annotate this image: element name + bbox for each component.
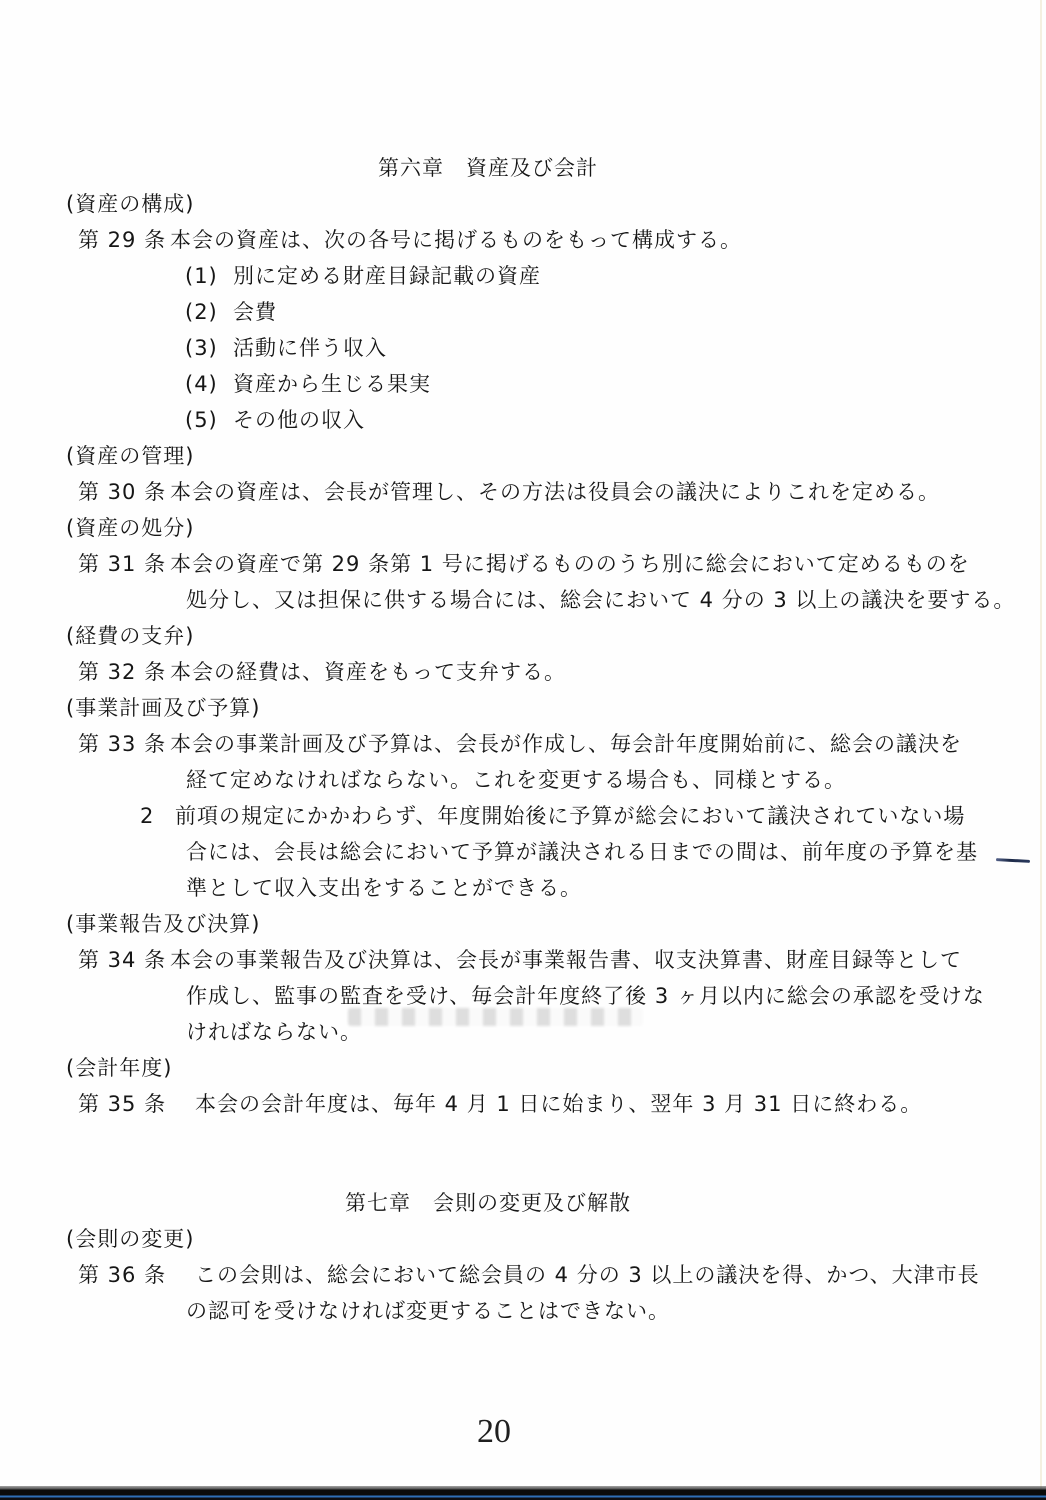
item-2-text: 会費 [233,300,277,324]
article-30: 第 30 条本会の資産は、会長が管理し、その方法は役員会の議決によりこれを定める… [0,474,1046,510]
article-32-number: 第 32 条 [78,654,170,690]
article-36-line-2: の認可を受けなければ変更することはできない。 [0,1293,1046,1329]
item-5-text: その他の収入 [233,408,365,432]
article-29-item-4: (4)資産から生じる果実 [0,366,1046,402]
item-5-marker: (5) [185,402,233,438]
article-33-body-line-1: 本会の事業計画及び予算は、会長が作成し、毎会計年度開始前に、総会の議決を [170,732,962,756]
page-number: 20 [0,1413,988,1451]
article-34-line-1: 第 34 条本会の事業報告及び決算は、会長が事業報告書、収支決算書、財産目録等と… [0,942,1046,978]
document-body: 第六章 資産及び会計 (資産の構成) 第 29 条本会の資産は、次の各号に掲げる… [0,0,1046,1329]
article-29-item-5: (5)その他の収入 [0,402,1046,438]
article-33-line-2: 経て定めなければならない。これを変更する場合も、同様とする。 [0,762,1046,798]
section-label-asset-management: (資産の管理) [0,438,1046,474]
section-label-business-report-settlement: (事業報告及び決算) [0,906,1046,942]
item-1-marker: (1) [185,258,233,294]
paragraph-2-number: 2 [140,798,175,834]
article-30-body: 本会の資産は、会長が管理し、その方法は役員会の議決によりこれを定める。 [170,480,940,504]
scanned-document-page: 第六章 資産及び会計 (資産の構成) 第 29 条本会の資産は、次の各号に掲げる… [0,0,1046,1500]
article-35: 第 35 条本会の会計年度は、毎年 4 月 1 日に始まり、翌年 3 月 31 … [0,1086,1046,1122]
article-35-body: 本会の会計年度は、毎年 4 月 1 日に始まり、翌年 3 月 31 日に終わる。 [195,1092,922,1116]
article-29: 第 29 条本会の資産は、次の各号に掲げるものをもって構成する。 [0,222,1046,258]
article-33-line-1: 第 33 条本会の事業計画及び予算は、会長が作成し、毎会計年度開始前に、総会の議… [0,726,1046,762]
article-35-number: 第 35 条 [78,1086,195,1122]
article-36-line-1: 第 36 条この会則は、総会において総会員の 4 分の 3 以上の議決を得、かつ… [0,1257,1046,1293]
article-33-number: 第 33 条 [78,726,170,762]
section-label-expense-payment: (経費の支弁) [0,618,1046,654]
section-label-bylaw-amendment: (会則の変更) [0,1221,1046,1257]
article-30-number: 第 30 条 [78,474,170,510]
article-34-body-line-1: 本会の事業報告及び決算は、会長が事業報告書、収支決算書、財産目録等として [170,948,962,972]
article-36-body-line-1: この会則は、総会において総会員の 4 分の 3 以上の議決を得、かつ、大津市長 [195,1263,980,1287]
article-33-paragraph-2-line-3: 準として収入支出をすることができる。 [0,870,1046,906]
article-31-line-2: 処分し、又は担保に供する場合には、総会において 4 分の 3 以上の議決を要する… [0,582,1046,618]
paragraph-2-text-line-1: 前項の規定にかかわらず、年度開始後に予算が総会において議決されていない場 [175,804,965,828]
chapter7-title: 第七章 会則の変更及び解散 [0,1185,1046,1221]
article-29-body: 本会の資産は、次の各号に掲げるものをもって構成する。 [170,228,742,252]
item-1-text: 別に定める財産目録記載の資産 [233,264,541,288]
article-32-body: 本会の経費は、資産をもって支弁する。 [170,660,566,684]
article-33-paragraph-2-line-1: 2前項の規定にかかわらず、年度開始後に予算が総会において議決されていない場 [0,798,1046,834]
article-36-number: 第 36 条 [78,1257,195,1293]
article-31-number: 第 31 条 [78,546,170,582]
article-29-item-2: (2)会費 [0,294,1046,330]
item-3-text: 活動に伴う収入 [233,336,387,360]
item-4-marker: (4) [185,366,233,402]
section-label-asset-disposal: (資産の処分) [0,510,1046,546]
chapter6-title: 第六章 資産及び会計 [0,150,1046,186]
scan-bottom-band-artifact [0,1486,1046,1500]
section-label-fiscal-year: (会計年度) [0,1050,1046,1086]
article-29-item-3: (3)活動に伴う収入 [0,330,1046,366]
article-32: 第 32 条本会の経費は、資産をもって支弁する。 [0,654,1046,690]
article-29-item-1: (1)別に定める財産目録記載の資産 [0,258,1046,294]
item-2-marker: (2) [185,294,233,330]
article-34-number: 第 34 条 [78,942,170,978]
article-33-paragraph-2-line-2: 合には、会長は総会において予算が議決される日までの間は、前年度の予算を基 [0,834,1046,870]
item-4-text: 資産から生じる果実 [233,372,431,396]
item-3-marker: (3) [185,330,233,366]
article-29-number: 第 29 条 [78,222,170,258]
section-label-business-plan-budget: (事業計画及び予算) [0,690,1046,726]
article-31-line-1: 第 31 条本会の資産で第 29 条第 1 号に掲げるもののうち別に総会において… [0,546,1046,582]
scan-edge-line-artifact [1040,0,1042,1500]
article-31-body-line-1: 本会の資産で第 29 条第 1 号に掲げるもののうち別に総会において定めるものを [170,552,970,576]
section-label-asset-composition: (資産の構成) [0,186,1046,222]
chapter-spacer [0,1122,1046,1185]
ghost-text-artifact [348,1008,643,1026]
